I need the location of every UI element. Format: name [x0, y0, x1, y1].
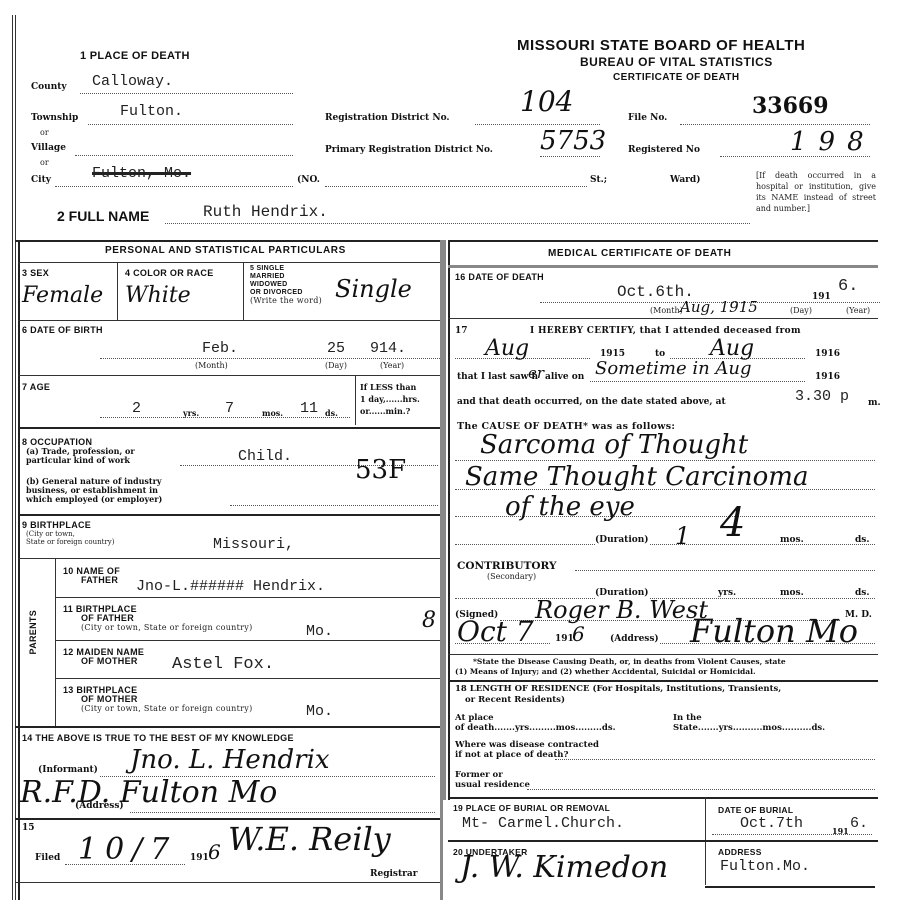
dod-year-caption: (Year): [846, 306, 870, 315]
death-time-suffix: m.: [868, 398, 881, 408]
filed-number: 15: [22, 823, 35, 833]
burial-date-value: Oct.7th: [740, 815, 803, 832]
disease-contracted: Where was disease contracted if not at p…: [455, 740, 599, 760]
father-birthplace-label: 11 BIRTHPLACE OF FATHER (City or town, S…: [63, 605, 253, 632]
burial-year-suffix: 6.: [850, 815, 868, 832]
less-than-day-note: If LESS than 1 day,......hrs. or......mi…: [360, 381, 420, 417]
occupation-code: 53F: [355, 455, 406, 485]
filed-year-prefix: 191: [190, 853, 209, 863]
or-label-2: or: [40, 158, 49, 167]
age-label: 7 AGE: [22, 382, 50, 392]
sign-year-prefix: 191: [555, 634, 574, 644]
age-months: 7: [225, 400, 234, 417]
age-years: 2: [132, 400, 141, 417]
registration-district-value: 104: [520, 85, 573, 118]
age-years-caption: yrs.: [183, 408, 199, 418]
contributory-label: CONTRIBUTORY: [457, 560, 556, 572]
death-time: 3.30 p: [795, 388, 849, 405]
sex-label: 3 SEX: [22, 268, 49, 278]
dod-year-prefix: 191: [812, 292, 831, 302]
age-months-caption: mos.: [262, 408, 283, 418]
father-name-value: Jno-L.###### Hendrix.: [136, 578, 325, 595]
dob-month-caption: (Month): [195, 361, 228, 370]
undertaker-address-value: Fulton.Mo.: [720, 858, 810, 875]
duration-ds-caption: ds.: [855, 535, 870, 545]
secondary-label: (Secondary): [487, 572, 536, 581]
dob-day-caption: (Day): [325, 361, 347, 370]
street-label: St.;: [590, 175, 607, 185]
certificate-title: CERTIFICATE OF DEATH: [613, 72, 740, 83]
bureau-title: BUREAU OF VITAL STATISTICS: [580, 55, 773, 69]
file-no-label: File No.: [628, 113, 667, 123]
sex-value: Female: [22, 283, 103, 308]
mother-birthplace-value: Mo.: [306, 703, 333, 720]
father-name-label: 10 NAME OF FATHER: [63, 567, 120, 585]
secondary-ds-caption: ds.: [855, 588, 870, 598]
township-label: Township: [31, 113, 78, 123]
secondary-yrs-caption: yrs.: [718, 588, 736, 598]
dob-day: 25: [327, 340, 345, 357]
at-place-of-death: At place of death.......yrs.........mos.…: [455, 713, 616, 733]
dod-label: 16 DATE OF DEATH: [455, 272, 544, 282]
dob-year: 914.: [370, 340, 406, 357]
filed-year-suffix: 6: [208, 840, 221, 864]
duration-mos-caption: mos.: [780, 535, 804, 545]
undertaker-address-label: ADDRESS: [718, 847, 762, 857]
board-title: MISSOURI STATE BOARD OF HEALTH: [517, 37, 805, 54]
father-birthplace-value: Mo.: [306, 623, 333, 640]
primary-district-label: Primary Registration District No.: [325, 145, 493, 155]
mother-name-label: 12 MAIDEN NAME OF MOTHER: [63, 648, 144, 666]
dob-month: Feb.: [202, 340, 238, 357]
mother-birthplace-label: 13 BIRTHPLACE OF MOTHER (City or town, S…: [63, 686, 253, 713]
burial-date-label: DATE OF BURIAL: [718, 805, 793, 815]
file-no-value: 33669: [752, 93, 829, 119]
place-of-death-heading: 1 PLACE OF DEATH: [80, 50, 190, 62]
last-saw-date: Sometime in Aug: [595, 358, 752, 379]
county-label: County: [31, 82, 67, 92]
dod-year-suffix: 6.: [838, 277, 858, 296]
cause-line-1: Sarcoma of Thought: [480, 430, 748, 460]
mother-name-value: Astel Fox.: [172, 655, 274, 674]
registrar-label: Registrar: [370, 869, 417, 879]
last-saw-pronoun: er: [528, 364, 544, 382]
full-name-value: Ruth Hendrix.: [203, 203, 328, 221]
informant-signature: Jno. L. Hendrix: [130, 745, 330, 775]
attended-from: Aug: [485, 336, 529, 361]
city-label: City: [31, 175, 51, 185]
alive-on-label: alive on: [545, 372, 584, 382]
primary-district-value: 5753: [540, 126, 606, 156]
informant-address: R.F.D. Fulton Mo: [20, 775, 277, 810]
cert-number: 17: [455, 326, 468, 336]
county-value: Calloway.: [92, 73, 173, 90]
physician-signature: Roger B. West: [535, 596, 708, 624]
sign-date: Oct 7: [457, 615, 534, 648]
residence-label: 18 LENGTH OF RESIDENCE (For Hospitals, I…: [455, 684, 781, 706]
street-number-label: (NO.: [297, 175, 320, 185]
registration-district-label: Registration District No.: [325, 113, 450, 123]
cause-line-3: of the eye: [505, 492, 635, 522]
filed-date: 10/7: [78, 832, 177, 867]
attended-to-year: 1916: [815, 349, 840, 359]
full-name-label: 2 FULL NAME: [57, 208, 149, 224]
occupation-value: Child.: [238, 448, 292, 465]
informant-label: (Informant): [38, 765, 98, 775]
physician-address: Fulton Mo: [690, 612, 858, 650]
dod-month-caption: (Month): [650, 306, 683, 315]
age-days: 11: [300, 400, 318, 417]
duration-months: 4: [720, 500, 745, 546]
birthplace-value: Missouri,: [213, 536, 294, 553]
race-value: White: [125, 283, 191, 308]
village-label: Village: [31, 143, 66, 153]
dod-day-caption: (Day): [790, 306, 812, 315]
undertaker-signature: J. W. Kimedon: [460, 850, 668, 885]
burial-place-value: Mt- Carmel.Church.: [462, 815, 624, 832]
left-margin-line: [12, 15, 13, 900]
informant-heading: 14 THE ABOVE IS TRUE TO THE BEST OF MY K…: [22, 733, 294, 743]
duration-label: (Duration): [595, 535, 649, 545]
personal-section-title: PERSONAL AND STATISTICAL PARTICULARS: [105, 245, 346, 256]
marital-label: 5 SINGLE MARRIED WIDOWED OR DIVORCED (Wr…: [250, 265, 322, 305]
registered-no-label: Registered No: [628, 145, 700, 155]
last-saw-year: 1916: [815, 372, 840, 382]
dob-label: 6 DATE OF BIRTH: [22, 325, 103, 335]
ward-label: Ward): [670, 175, 700, 185]
occupation-b-label: (b) General nature of industry business,…: [26, 477, 162, 504]
dod-handwritten-note: Aug, 1915: [680, 298, 758, 316]
last-saw-label: that I last saw h: [457, 372, 538, 382]
filed-label: Filed: [35, 853, 60, 863]
duration-years: 1: [675, 522, 690, 550]
cause-line-2: Same Thought Carcinoma: [465, 462, 808, 492]
footnote: *State the Disease Causing Death, or, in…: [455, 657, 786, 677]
certify-statement: I HEREBY CERTIFY, that I attended deceas…: [530, 326, 801, 336]
physician-address-label: (Address): [610, 634, 659, 644]
city-value-struck: Fulton, Mo.: [92, 165, 191, 182]
birthplace-sublabel: (City or town, State or foreign country): [26, 530, 115, 546]
birthplace-label: 9 BIRTHPLACE: [22, 520, 91, 530]
marital-value: Single: [335, 275, 412, 303]
left-margin-line-2: [15, 15, 16, 900]
dob-year-caption: (Year): [380, 361, 404, 370]
race-label: 4 COLOR OR RACE: [125, 268, 214, 278]
township-value: Fulton.: [120, 103, 183, 120]
former-residence: Former or usual residence: [455, 770, 530, 790]
father-birthplace-code: 8: [422, 608, 436, 633]
occupation-a-label: (a) Trade, profession, or particular kin…: [26, 447, 135, 465]
age-days-caption: ds.: [325, 408, 338, 418]
death-occurred-label: and that death occurred, on the date sta…: [457, 397, 726, 407]
hospital-note: [If death occurred in a hospital or inst…: [756, 170, 876, 214]
in-the-state: In the State.......yrs..........mos.....…: [673, 713, 825, 733]
medical-section-title: MEDICAL CERTIFICATE OF DEATH: [548, 248, 731, 259]
burial-place-label: 19 PLACE OF BURIAL OR REMOVAL: [453, 803, 610, 813]
secondary-mos-caption: mos.: [780, 588, 804, 598]
registrar-signature: W.E. Reily: [228, 820, 391, 858]
parents-label: PARENTS: [28, 610, 38, 654]
registered-no-value: 198: [790, 127, 876, 157]
sign-year-suffix: 6: [572, 622, 585, 646]
or-label-1: or: [40, 128, 49, 137]
burial-year-prefix: 191: [832, 826, 849, 836]
